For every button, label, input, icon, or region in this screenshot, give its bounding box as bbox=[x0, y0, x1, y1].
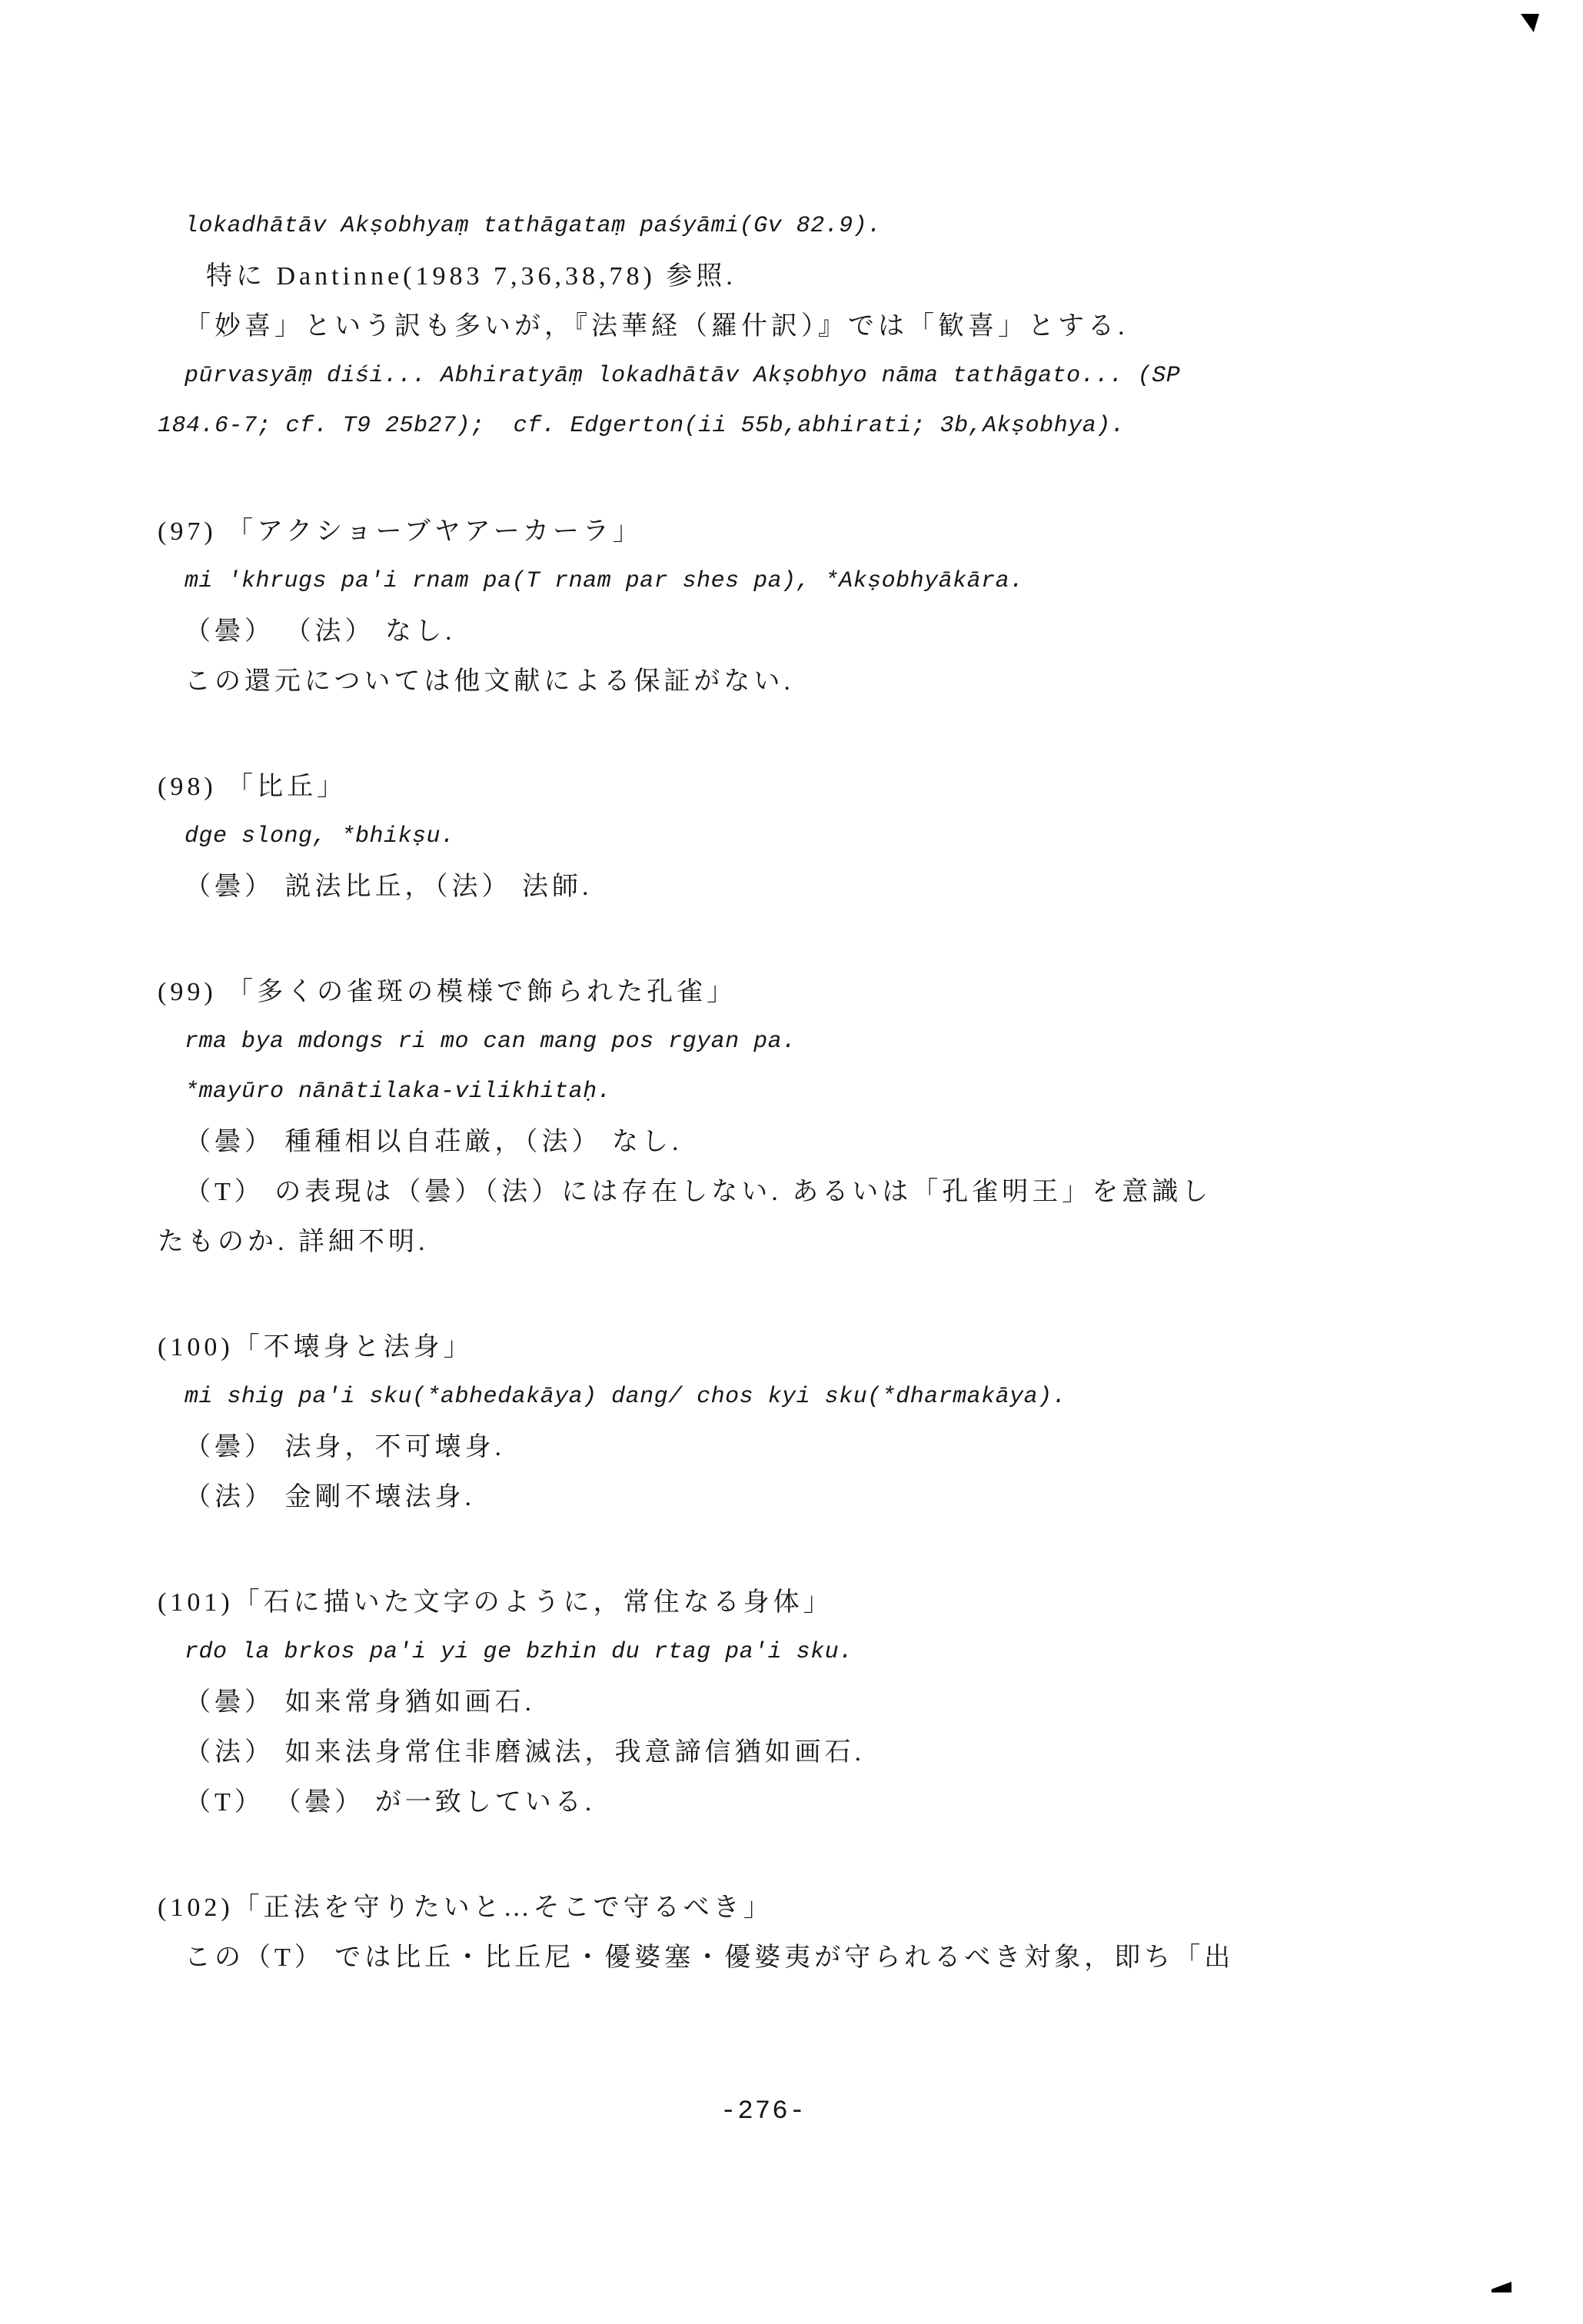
note-text-line: この還元については他文献による保証がない. bbox=[185, 657, 1511, 707]
note-text-line: dge slong, *bhikṣu. bbox=[185, 812, 1511, 862]
note-text-line: （法） 金剛不壊法身. bbox=[185, 1472, 1511, 1522]
note-text-line: （曇） 法身，不可壊身. bbox=[185, 1422, 1511, 1472]
edge-wedge-mark bbox=[1492, 2282, 1511, 2292]
intro-text-line: 184.6-7; cf. T9 25b27); cf. Edgerton(ii … bbox=[158, 401, 1511, 451]
page-number: -276- bbox=[158, 2087, 1369, 2137]
note-text-line: mi shig pa'i sku(*abhedakāya) dang/ chos… bbox=[185, 1372, 1511, 1422]
note-text-line: *mayūro nānātilaka-vilikhitaḥ. bbox=[185, 1067, 1511, 1117]
note-text-line: （曇） 説法比丘，（法） 法師. bbox=[185, 862, 1511, 912]
note-text-line: rdo la brkos pa'i yi ge bzhin du rtag pa… bbox=[185, 1627, 1511, 1677]
note-header: (102)「正法を守りたいと…そこで守るべき」 bbox=[158, 1883, 1511, 1933]
scanned-paper-page: lokadhātāv Akṣobhyaṃ tathāgataṃ paśyāmi(… bbox=[0, 0, 1583, 2324]
intro-text-line: 特に Dantinne(1983 7,36,38,78) 参照. bbox=[206, 251, 1511, 301]
note-text-line: （T） （曇） が一致している. bbox=[185, 1777, 1511, 1827]
note-text-line: rma bya mdongs ri mo can mang pos rgyan … bbox=[185, 1017, 1511, 1067]
corner-triangle-mark bbox=[1521, 14, 1539, 32]
intro-text-line: 「妙喜」という訳も多いが，『法華経（羅什訳）』では「歓喜」とする. bbox=[185, 301, 1511, 351]
note-text-line: mi 'khrugs pa'i rnam pa(T rnam par shes … bbox=[185, 557, 1511, 607]
note-header: (100)「不壊身と法身」 bbox=[158, 1322, 1511, 1372]
intro-text-line: pūrvasyāṃ diśi... Abhiratyāṃ lokadhātāv … bbox=[185, 351, 1511, 401]
intro-text-line: lokadhātāv Akṣobhyaṃ tathāgataṃ paśyāmi(… bbox=[185, 201, 1511, 251]
note-header: (101)「石に描いた文字のように，常住なる身体」 bbox=[158, 1578, 1511, 1627]
note-header: (98) 「比丘」 bbox=[158, 762, 1511, 812]
note-text-line: （T） の表現は（曇）（法）には存在しない. あるいは「孔雀明王」を意識し bbox=[185, 1167, 1511, 1217]
note-text-line: （曇） 如来常身猶如画石. bbox=[185, 1677, 1511, 1727]
note-text-line: たものか. 詳細不明. bbox=[158, 1217, 1511, 1267]
note-text-line: （曇） （法） なし. bbox=[185, 607, 1511, 657]
note-text-line: この（T） では比丘・比丘尼・優婆塞・優婆夷が守られるべき対象，即ち「出 bbox=[185, 1933, 1511, 1983]
note-header: (97) 「アクショーブヤアーカーラ」 bbox=[158, 507, 1511, 557]
note-header: (99) 「多くの雀斑の模様で飾られた孔雀」 bbox=[158, 967, 1511, 1017]
note-text-line: （曇） 種種相以自荘厳，（法） なし. bbox=[185, 1117, 1511, 1167]
notes-content: lokadhātāv Akṣobhyaṃ tathāgataṃ paśyāmi(… bbox=[158, 201, 1511, 1983]
note-text-line: （法） 如来法身常住非磨滅法，我意諦信猶如画石. bbox=[185, 1727, 1511, 1777]
